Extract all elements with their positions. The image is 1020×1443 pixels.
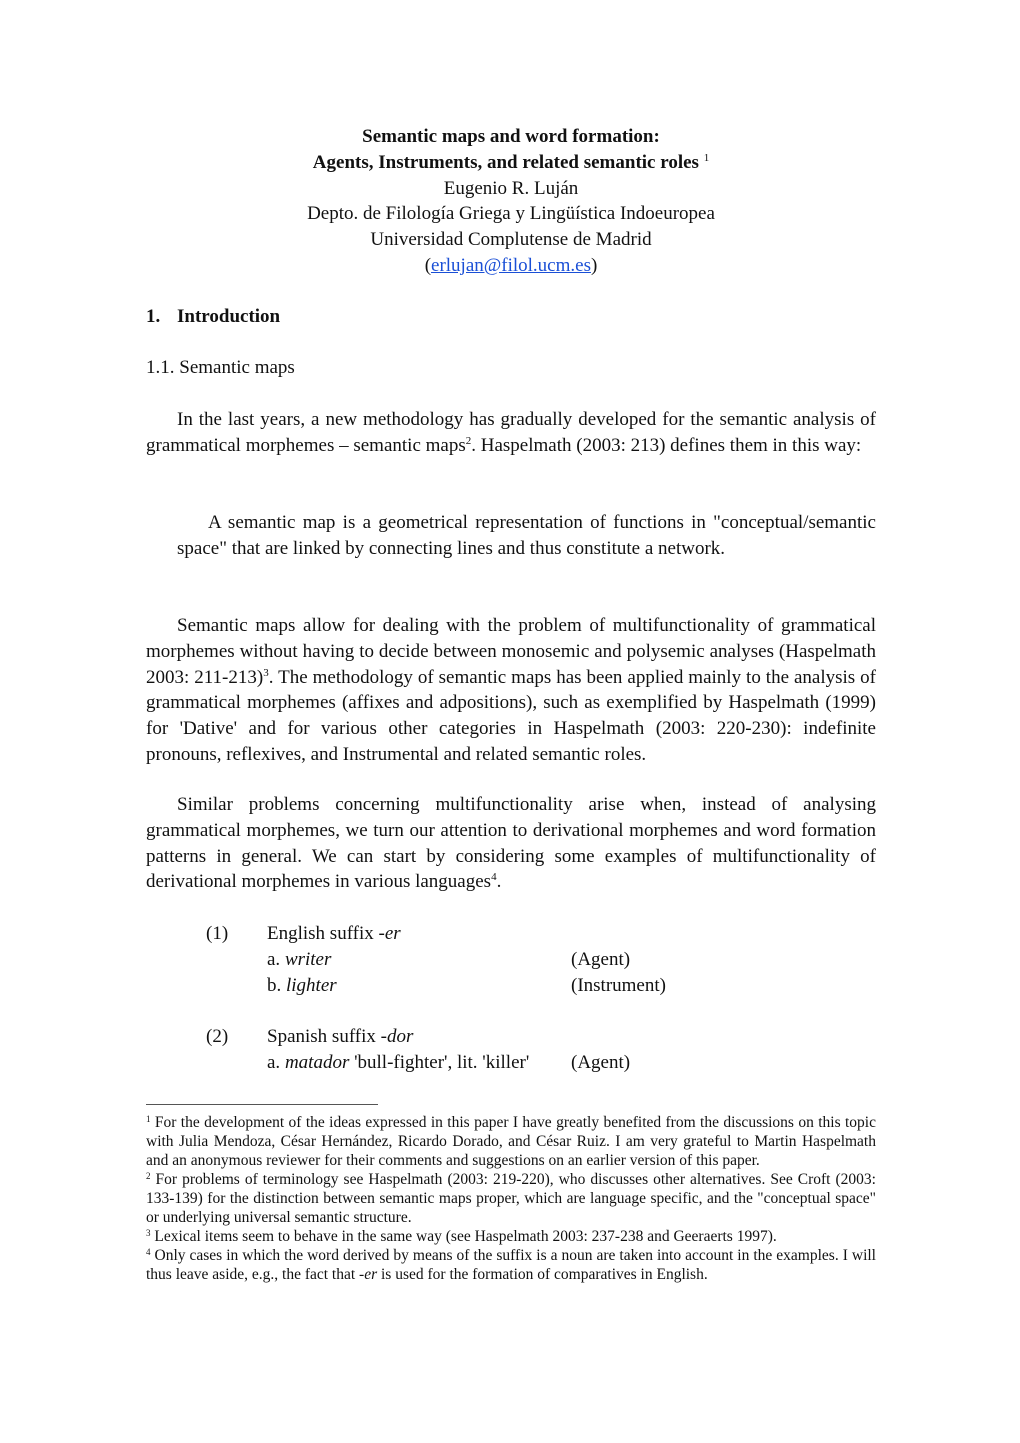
email-link[interactable]: erlujan@filol.ucm.es (431, 255, 591, 276)
university: Universidad Complutense de Madrid (146, 227, 876, 253)
footnote-3: 3 Lexical items seem to behave in the sa… (146, 1227, 876, 1246)
example-heading: (2) Spanish suffix -dor (146, 1024, 876, 1050)
example-item: a. writer (Agent) (146, 947, 876, 973)
footnote-divider (146, 1104, 378, 1105)
footnote-4: 4 Only cases in which the word derived b… (146, 1246, 876, 1284)
section-heading: 1.Introduction (146, 304, 876, 330)
example-item: a. matador 'bull-fighter', lit. 'killer'… (146, 1050, 876, 1076)
paper-title-line2: Agents, Instruments, and related semanti… (146, 150, 876, 176)
title-block: Semantic maps and word formation: Agents… (146, 124, 876, 279)
footnote-ref-1[interactable]: 1 (704, 152, 710, 164)
example-2: (2) Spanish suffix -dor a. matador 'bull… (146, 1024, 876, 1076)
footnotes: 1 For the development of the ideas expre… (146, 1113, 876, 1284)
example-heading: (1) English suffix -er (146, 921, 876, 947)
department: Depto. de Filología Griega y Lingüística… (146, 201, 876, 227)
paragraph-2: Semantic maps allow for dealing with the… (146, 613, 876, 768)
email-line: (erlujan@filol.ucm.es) (146, 253, 876, 279)
footnote-2: 2 For problems of terminology see Haspel… (146, 1170, 876, 1227)
paper-title-line1: Semantic maps and word formation: (146, 124, 876, 150)
subsection-heading: 1.1. Semantic maps (146, 355, 876, 381)
author-name: Eugenio R. Luján (146, 176, 876, 202)
paragraph-3: Similar problems concerning multifunctio… (146, 792, 876, 895)
example-item: b. lighter (Instrument) (146, 973, 876, 999)
example-1: (1) English suffix -er a. writer (Agent)… (146, 921, 876, 998)
paragraph-1: In the last years, a new methodology has… (146, 407, 876, 459)
footnote-1: 1 For the development of the ideas expre… (146, 1113, 876, 1170)
block-quote: A semantic map is a geometrical represen… (177, 510, 876, 562)
